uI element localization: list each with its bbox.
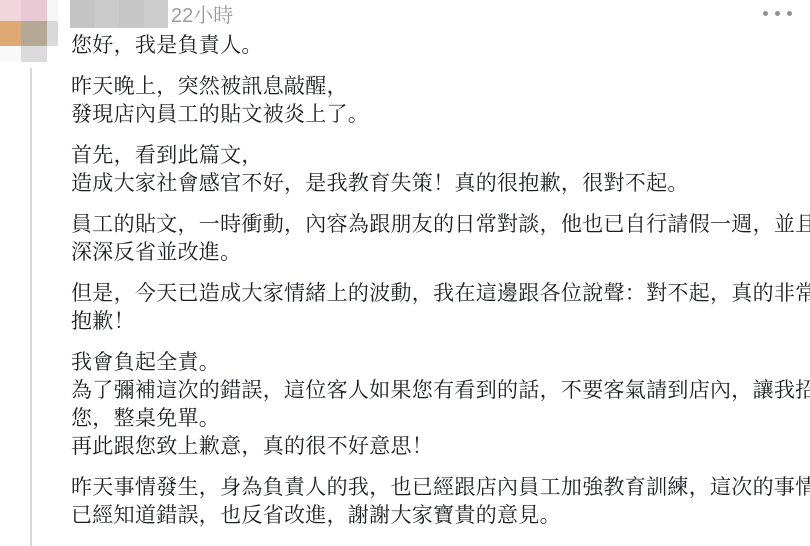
more-options-button[interactable] (756, 2, 798, 24)
dot (787, 11, 792, 16)
censored-author-name[interactable] (70, 0, 168, 28)
post-paragraph: 您好，我是負責人。 (71, 32, 807, 60)
post-text-line: 已經知道錯誤，也反省改進，謝謝大家寶貴的意見。 (71, 502, 807, 530)
avatar-pixel (0, 46, 21, 62)
avatar-pixel (21, 21, 47, 46)
post-text-line: 員工的貼文，一時衝動，內容為跟朋友的日常對談，他也已自行請假一週，並且會 (71, 211, 807, 239)
post-text-line: 再此跟您致上歉意，真的很不好意思！ (71, 433, 807, 461)
post-text-line: 昨天事情發生，身為負責人的我，也已經跟店內員工加強教育訓練，這次的事情他 (71, 474, 807, 502)
post-paragraph: 員工的貼文，一時衝動，內容為跟朋友的日常對談，他也已自行請假一週，並且會 深深反… (71, 211, 807, 267)
post-text-line: 抱歉！ (71, 308, 807, 336)
post-timestamp[interactable]: 22小時 (171, 2, 233, 30)
avatar-pixel (0, 0, 21, 21)
post-body: 您好，我是負責人。 昨天晚上，突然被訊息敲醒， 發現店內員工的貼文被炎上了。 首… (71, 32, 807, 543)
post-text-line: 我會負起全責。 (71, 349, 807, 377)
censor-pixel (70, 0, 95, 28)
post-text-line: 但是，今天已造成大家情緒上的波動，我在這邊跟各位說聲：對不起，真的非常 (71, 280, 807, 308)
post-paragraph: 但是，今天已造成大家情緒上的波動，我在這邊跟各位說聲：對不起，真的非常 抱歉！ (71, 280, 807, 336)
post-text-line: 您好，我是負責人。 (71, 32, 807, 60)
censor-pixel (119, 0, 144, 28)
post-text-line: 為了彌補這次的錯誤，這位客人如果您有看到的話，不要客氣請到店內，讓我招待 (71, 377, 807, 405)
avatar-pixel (21, 46, 47, 62)
post-text-line: 首先，看到此篇文， (71, 142, 807, 170)
post-text-line: 昨天晚上，突然被訊息敲醒， (71, 73, 807, 101)
post-text-line: 造成大家社會感官不好，是我教育失策！真的很抱歉，很對不起。 (71, 170, 807, 198)
post-text-line: 深深反省並改進。 (71, 239, 807, 267)
post-paragraph: 昨天事情發生，身為負責人的我，也已經跟店內員工加強教育訓練，這次的事情他 已經知… (71, 474, 807, 530)
censor-pixel (95, 0, 120, 28)
ellipsis-icon (763, 11, 792, 16)
post-paragraph: 我會負起全責。 為了彌補這次的錯誤，這位客人如果您有看到的話，不要客氣請到店內，… (71, 349, 807, 461)
post-card: 22小時 您好，我是負責人。 昨天晚上，突然被訊息敲醒， 發現店內員工的貼文被炎… (0, 0, 810, 546)
post-paragraph: 昨天晚上，突然被訊息敲醒， 發現店內員工的貼文被炎上了。 (71, 73, 807, 129)
left-border-line (30, 68, 32, 546)
dot (775, 11, 780, 16)
avatar[interactable] (0, 0, 58, 62)
avatar-pixel (21, 0, 47, 21)
avatar-pixel (47, 21, 58, 46)
post-text-line: 您，整桌免單。 (71, 405, 807, 433)
avatar-pixel (47, 0, 58, 21)
avatar-pixel (47, 46, 58, 62)
avatar-pixel (0, 21, 21, 46)
censor-pixel (144, 0, 169, 28)
dot (763, 11, 768, 16)
post-text-line: 發現店內員工的貼文被炎上了。 (71, 101, 807, 129)
post-paragraph: 首先，看到此篇文， 造成大家社會感官不好，是我教育失策！真的很抱歉，很對不起。 (71, 142, 807, 198)
